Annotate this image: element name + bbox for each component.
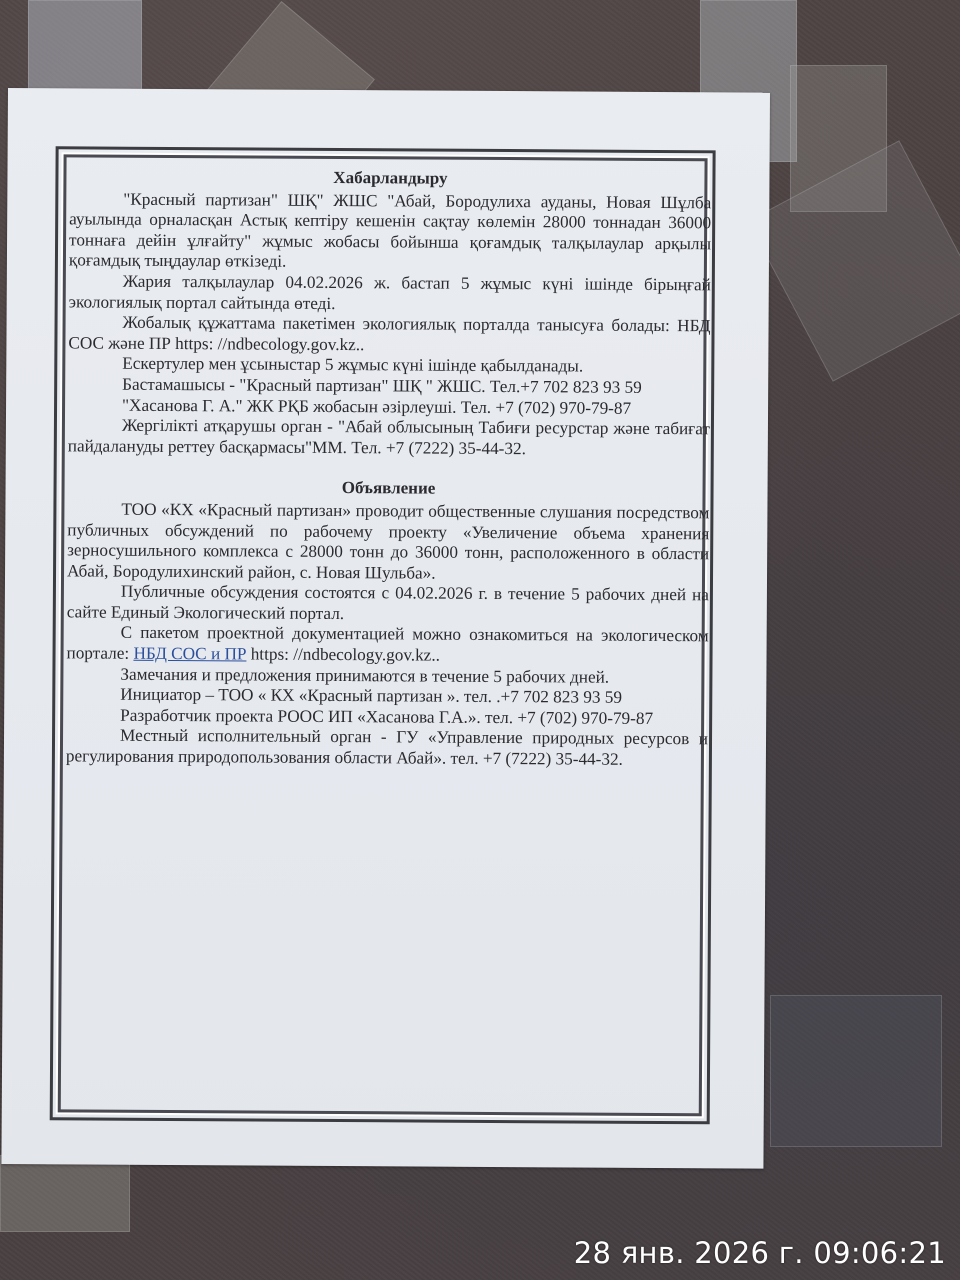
notice-russian: Объявление ТОО «КХ «Красный партизан» пр… [66,477,710,771]
notice-kz-paragraph: Жобалық құжаттама пакетімен экологиялық … [68,313,710,358]
notice-ru-paragraph: ТОО «КХ «Красный партизан» проводит обще… [67,499,709,585]
notice-ru-paragraph: Местный исполнительный орган - ГУ «Управ… [66,726,708,771]
notice-kz-paragraph: "Красный партизан" ШҚ" ЖШС "Абай, Бороду… [69,189,711,275]
notice-kz-paragraph: Жария талқылаулар 04.02.2026 ж. бастап 5… [69,271,711,316]
adhesive-tape [0,1155,130,1232]
portal-link[interactable]: НБД СОС и ПР [133,644,246,664]
adhesive-tape [28,0,142,100]
notice-ru-paragraph: С пакетом проектной документацией можно … [66,623,708,668]
posted-notice-sheet: Хабарландыру "Красный партизан" ШҚ" ЖШС … [1,88,770,1169]
notice-kz-paragraph: Жергілікті атқарушы орган - "Абай облысы… [68,415,710,460]
notice-kazakh: Хабарландыру "Красный партизан" ШҚ" ЖШС … [68,166,712,460]
notice-content: Хабарландыру "Красный партизан" ШҚ" ЖШС … [66,166,712,771]
notice-title-ru: Объявление [68,477,710,502]
notice-title-kz: Хабарландыру [69,166,711,191]
adhesive-tape [747,140,960,381]
portal-url: https: //ndbecology.gov.kz.. [246,645,440,665]
notice-ru-paragraph: Публичные обсуждения состоятся с 04.02.2… [67,582,709,627]
adhesive-tape [770,995,942,1147]
photo-timestamp: 28 янв. 2026 г. 09:06:21 [574,1236,946,1270]
